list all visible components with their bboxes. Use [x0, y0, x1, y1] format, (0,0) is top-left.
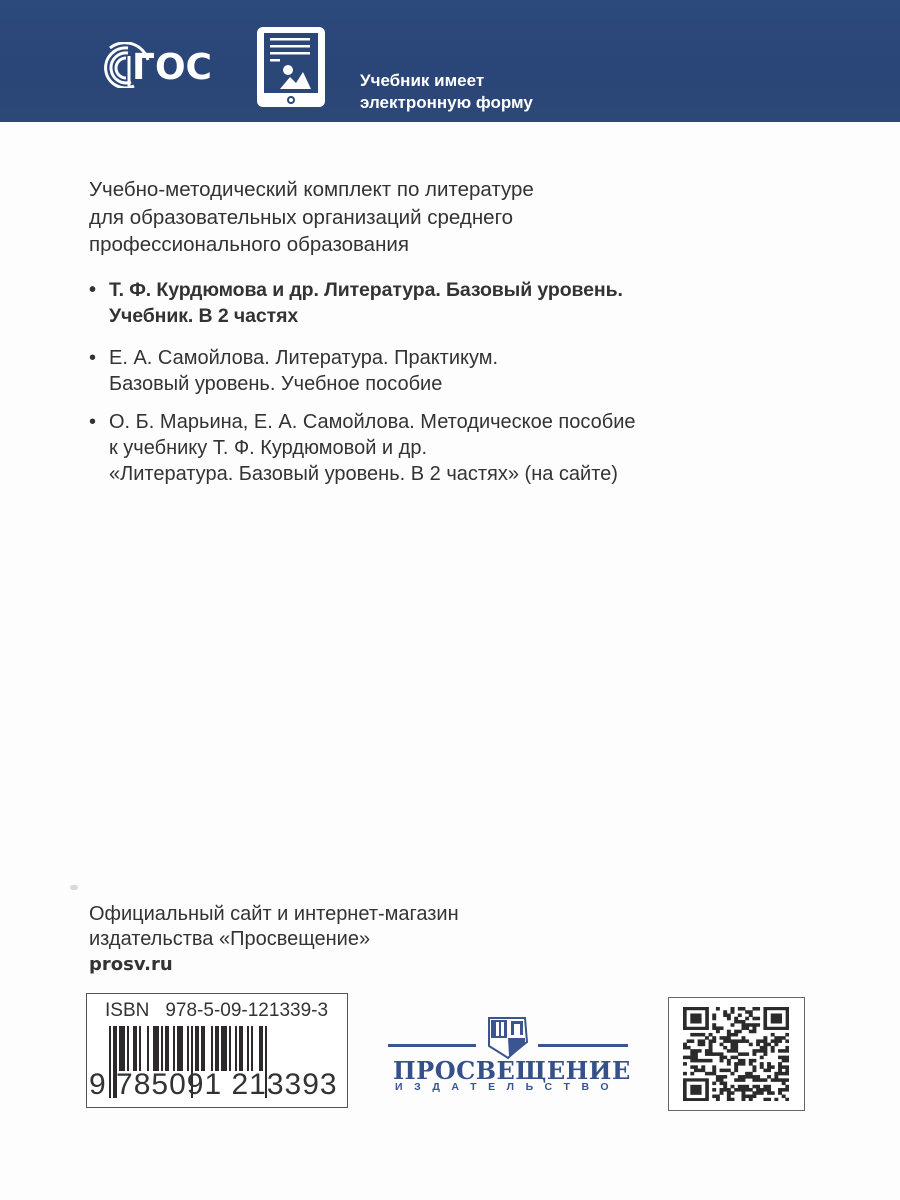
- intro-line: Учебно-методический комплект по литерату…: [89, 176, 809, 204]
- item-line: Е. А. Самойлова. Литература. Практикум.: [109, 345, 829, 371]
- isbn-number: 978-5-09-121339-3: [165, 1000, 328, 1021]
- site-info-line: издательства «Просвещение»: [89, 927, 459, 952]
- isbn-label: ISBN: [105, 1000, 149, 1021]
- kit-items-list: • Т. Ф. Курдюмова и др. Литература. Базо…: [89, 277, 829, 487]
- bullet: •: [89, 409, 96, 435]
- item-line: к учебнику Т. Ф. Курдюмовой и др.: [109, 435, 829, 461]
- tablet-ebook-icon: [255, 25, 327, 109]
- qr-code-icon: [683, 1007, 789, 1101]
- item-line: Базовый уровень. Учебное пособие: [109, 371, 829, 397]
- cover-header-band: ГОС Учебник имеет электронную форму: [0, 0, 900, 122]
- intro-line: для образовательных организаций среднего: [89, 204, 809, 232]
- item-line: О. Б. Марьина, Е. А. Самойлова. Методиче…: [109, 409, 829, 435]
- list-item-textbook: • Т. Ф. Курдюмова и др. Литература. Базо…: [89, 277, 829, 329]
- eform-line: электронную форму: [360, 92, 533, 114]
- eform-line: Учебник имеет: [360, 70, 533, 92]
- electronic-form-notice: Учебник имеет электронную форму: [360, 70, 533, 114]
- site-url-link[interactable]: prosv.ru: [89, 952, 459, 977]
- bullet: •: [89, 345, 96, 371]
- intro-line: профессионального образования: [89, 231, 809, 259]
- fgos-logo-text: ГОС: [132, 48, 212, 88]
- item-line: «Литература. Базовый уровень. В 2 частях…: [109, 461, 829, 487]
- item-line: Учебник. В 2 частях: [109, 303, 829, 329]
- list-item-methodical-guide: • О. Б. Марьина, Е. А. Самойлова. Методи…: [89, 409, 829, 487]
- item-line: Т. Ф. Курдюмова и др. Литература. Базовы…: [109, 277, 829, 303]
- publisher-site-info: Официальный сайт и интернет-магазин изда…: [89, 902, 459, 977]
- list-item-practicum: • Е. А. Самойлова. Литература. Практикум…: [89, 345, 829, 397]
- publisher-subtitle: ИЗДАТЕЛЬСТВО: [395, 1081, 620, 1093]
- qr-code[interactable]: [668, 997, 805, 1111]
- print-speck: [70, 885, 78, 890]
- isbn-text: ISBN978-5-09-121339-3: [105, 1000, 328, 1022]
- bullet: •: [89, 277, 96, 303]
- site-info-line: Официальный сайт и интернет-магазин: [89, 902, 459, 927]
- intro-paragraph: Учебно-методический комплект по литерату…: [89, 176, 809, 259]
- ean-digits: 9 785091 213393: [89, 1068, 338, 1102]
- isbn-barcode: ISBN978-5-09-121339-3 9 785091 213393: [86, 993, 348, 1108]
